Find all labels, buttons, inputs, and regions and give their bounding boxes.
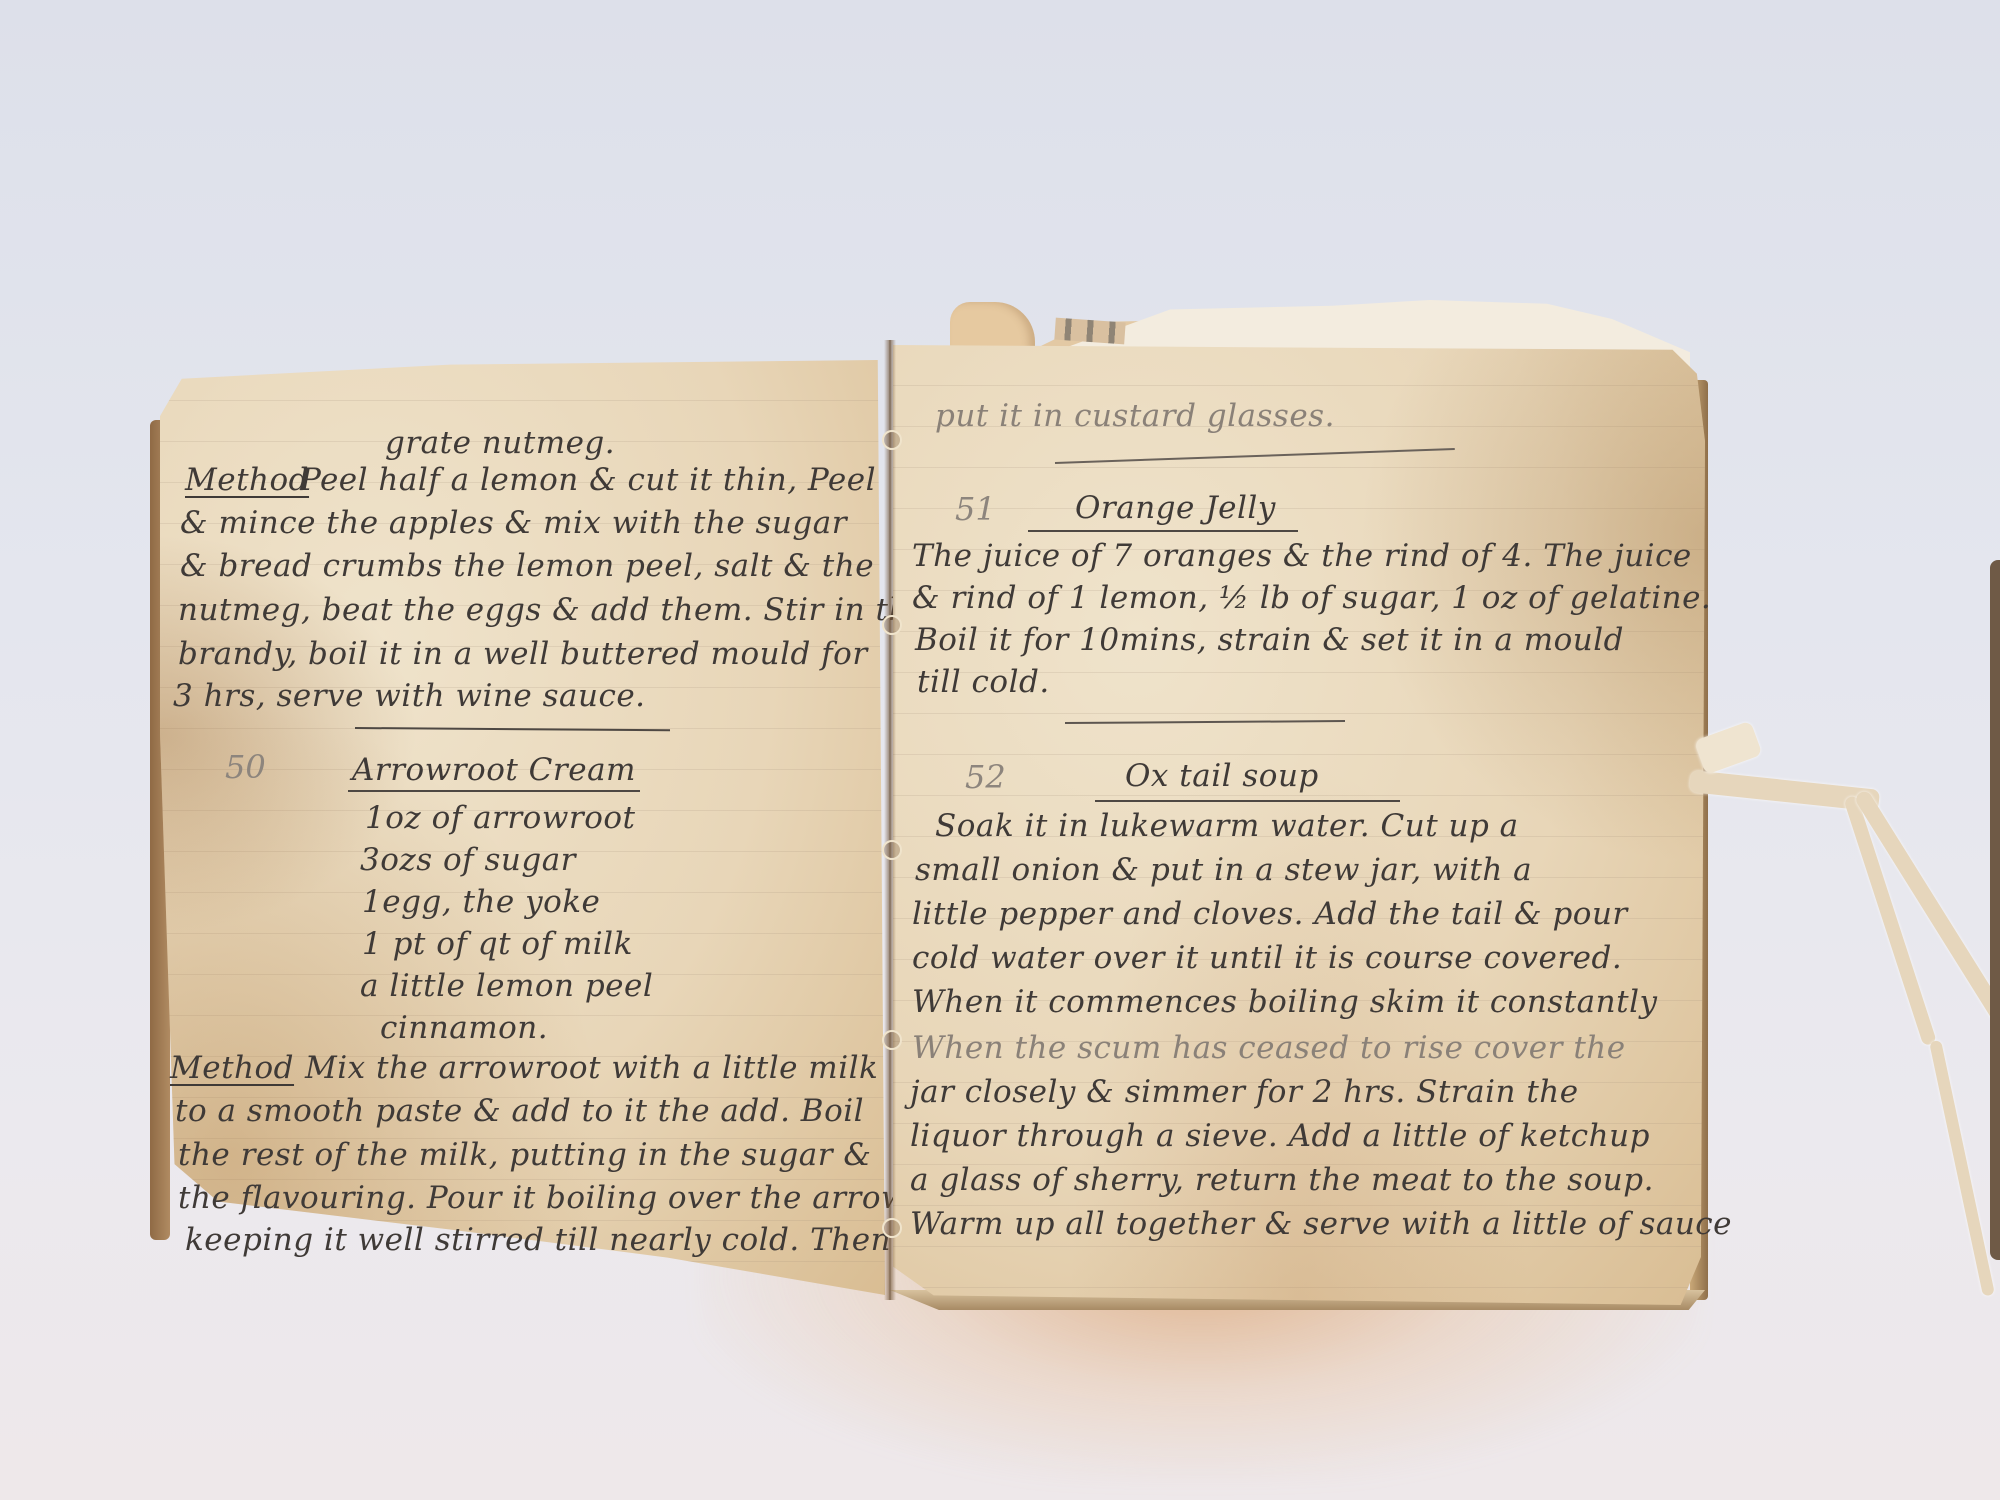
binding-stitch <box>882 615 902 635</box>
recipe-title: Orange Jelly <box>1075 490 1276 526</box>
recipe-line: cold water over it until it is course co… <box>912 940 1622 976</box>
left-page-text-line: nutmeg, beat the eggs & add them. Stir i… <box>178 592 928 628</box>
left-page-text-line: Peel half a lemon & cut it thin, Peel <box>300 462 876 498</box>
ingredient: a little lemon peel <box>360 968 653 1004</box>
recipe-line: Boil it for 10mins, strain & set it in a… <box>915 622 1624 658</box>
method-line: the flavouring. Pour it boiling over the… <box>178 1180 975 1216</box>
recipe-line: & rind of 1 lemon, ½ lb of sugar, 1 oz o… <box>912 580 1711 616</box>
binding-stitch <box>882 840 902 860</box>
method-line: Mix the arrowroot with a little milk <box>305 1050 878 1086</box>
recipe-line: small onion & put in a stew jar, with a <box>915 852 1532 888</box>
binding-stitch <box>882 1030 902 1050</box>
ingredient: 1 pt of qt of milk <box>362 926 633 962</box>
left-page-text-line: brandy, boil it in a well buttered mould… <box>178 636 868 672</box>
recipe-line: little pepper and cloves. Add the tail &… <box>912 896 1628 932</box>
binding-stitch <box>882 430 902 450</box>
title-underline <box>348 790 640 792</box>
book-spine <box>884 340 896 1300</box>
recipe-title: Ox tail soup <box>1125 758 1319 794</box>
left-page-text-line: 3 hrs, serve with wine sauce. <box>173 678 646 714</box>
recipe-line: The juice of 7 oranges & the rind of 4. … <box>912 538 1692 574</box>
recipe-line: Warm up all together & serve with a litt… <box>910 1206 1732 1242</box>
left-page-text-line: & mince the apples & mix with the sugar <box>180 505 847 541</box>
method-label: Method <box>185 462 309 498</box>
recipe-number: 50 <box>225 748 266 786</box>
recipe-line: liquor through a sieve. Add a little of … <box>910 1118 1650 1154</box>
right-page-text-line: put it in custard glasses. <box>935 398 1335 434</box>
ingredient: 3ozs of sugar <box>360 842 576 878</box>
method-line: keeping it well stirred till nearly cold… <box>185 1222 891 1258</box>
left-page-text-line: grate nutmeg. <box>385 425 615 461</box>
ingredient: 1egg, the yoke <box>362 884 600 920</box>
left-page-text-line: & bread crumbs the lemon peel, salt & th… <box>180 548 874 584</box>
binding-stitch <box>882 1218 902 1238</box>
ingredient: 1oz of arrowroot <box>365 800 636 836</box>
recipe-line: When the scum has ceased to rise cover t… <box>912 1030 1626 1066</box>
recipe-line: a glass of sherry, return the meat to th… <box>910 1162 1654 1198</box>
method-line: the rest of the milk, putting in the sug… <box>178 1137 871 1173</box>
title-underline <box>1028 530 1298 532</box>
method-label: Method <box>170 1050 294 1086</box>
ingredient: cinnamon. <box>380 1010 548 1046</box>
recipe-line: till cold. <box>917 664 1050 700</box>
method-line: to a smooth paste & add to it the add. B… <box>175 1093 864 1129</box>
recipe-number: 52 <box>965 758 1006 796</box>
title-underline <box>1095 800 1400 802</box>
recipe-number: 51 <box>955 490 996 528</box>
recipe-line: Soak it in lukewarm water. Cut up a <box>935 808 1519 844</box>
recipe-notebook: grate nutmeg. Method Peel half a lemon &… <box>0 0 2000 1500</box>
recipe-line: When it commences boiling skim it consta… <box>912 984 1658 1020</box>
cloth-tie-string <box>1929 1040 1995 1297</box>
adjacent-book-edge <box>1990 560 2000 1260</box>
recipe-title: Arrowroot Cream <box>352 752 636 788</box>
recipe-line: jar closely & simmer for 2 hrs. Strain t… <box>910 1074 1579 1110</box>
